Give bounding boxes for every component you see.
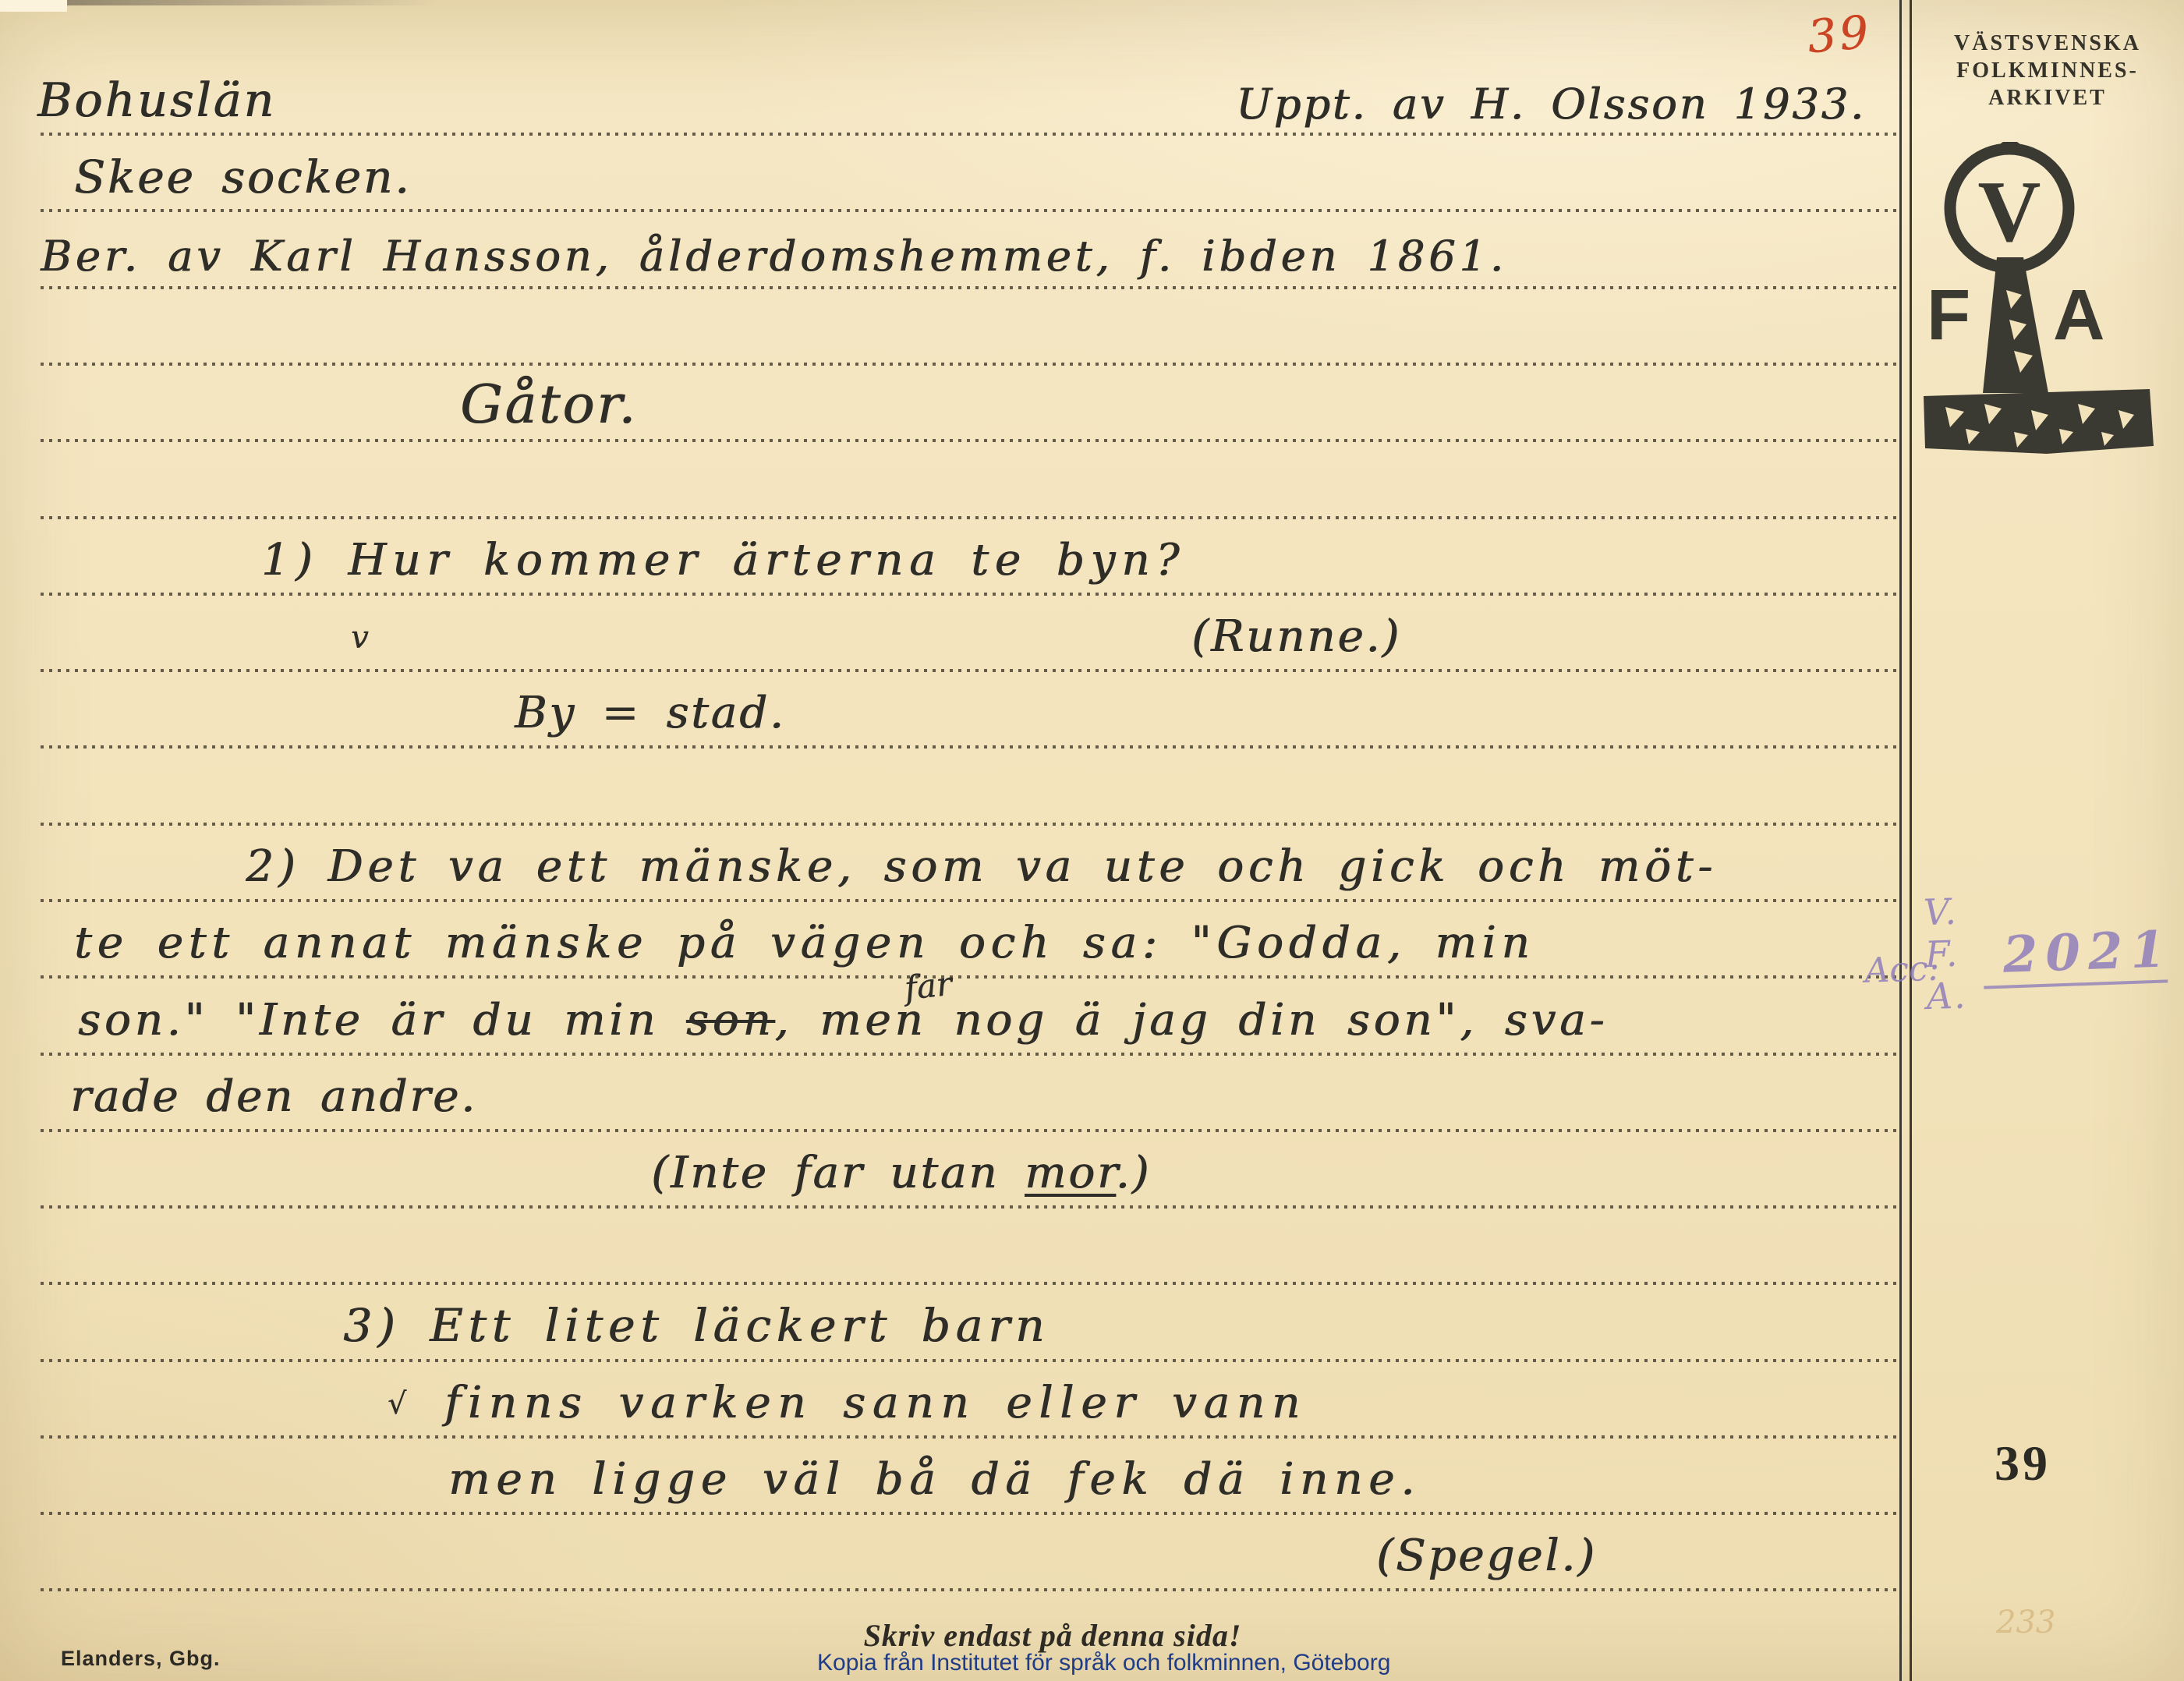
archive-masthead: VÄSTSVENSKA FOLKMINNES- ARKIVET <box>1912 30 2183 111</box>
riddle1-checkmark: v <box>351 620 369 656</box>
masthead-line2: FOLKMINNES- <box>1912 57 2183 84</box>
faint-pencil-mark: 233 <box>1996 1605 2055 1640</box>
footer-instruction: Skriv endast på denna sida! <box>803 1617 1302 1654</box>
ruled-line <box>41 669 1899 672</box>
scan-corner-artifact <box>0 0 67 12</box>
riddle2-line2: te ett annat mänske på vägen och sa: "Go… <box>74 919 1534 968</box>
ruled-line <box>41 1282 1899 1285</box>
ruled-line <box>41 286 1899 289</box>
riddle2-line3-before: son." "Inte är du min <box>78 995 686 1046</box>
riddle1-note: By = stad. <box>515 689 786 738</box>
ruled-line <box>41 1588 1899 1591</box>
ruled-line <box>41 823 1899 826</box>
ruled-line <box>41 1359 1899 1362</box>
footer-copy-notice: Kopia från Institutet för språk och folk… <box>817 1650 1390 1676</box>
riddle2-answer: (Inte far utan mor.) <box>651 1149 1151 1198</box>
ruled-line <box>41 1129 1899 1132</box>
riddle2-inserted-word: far <box>903 964 954 1007</box>
riddle3-line2: finns varken sann eller vann <box>444 1379 1307 1428</box>
informant-handwriting: Ber. av Karl Hansson, ålderdomshemmet, f… <box>41 233 1507 279</box>
riddle1-answer: (Runne.) <box>1191 613 1401 661</box>
riddle2-line1: 2) Det va ett mänske, som va ute och gic… <box>246 843 1717 891</box>
ruled-line <box>41 209 1899 212</box>
scanned-archive-card: 39 Bohuslän Uppt. av H. Olsson 1933. Ske… <box>0 0 2184 1681</box>
ruled-line <box>41 516 1899 519</box>
logo-letter-f: F <box>1927 275 1970 355</box>
riddle2-answer-before: (Inte far utan <box>651 1148 1025 1198</box>
logo-letter-a: A <box>2053 275 2104 355</box>
riddle2-answer-after: .) <box>1115 1148 1151 1198</box>
ruled-line <box>41 1053 1899 1056</box>
riddle2-line3: son." "Inte är du min son, men nog ä jag… <box>78 996 1608 1045</box>
riddle3-line1: 3) Ett litet läckert barn <box>343 1301 1050 1351</box>
margin-divider-line <box>1899 0 1902 1681</box>
riddle3-checkmark: √ <box>388 1386 406 1421</box>
margin-divider-line <box>1910 0 1912 1681</box>
ruled-line <box>41 133 1899 136</box>
ruled-line <box>41 1205 1899 1209</box>
riddle2-line3-after: , men nog ä jag din son", sva- <box>774 995 1608 1046</box>
printed-page-number: 39 <box>1995 1435 2051 1492</box>
riddle1-question: 1) Hur kommer ärterna te byn? <box>261 536 1185 585</box>
riddle3-answer: (Spegel.) <box>1376 1532 1597 1580</box>
section-title-handwriting: Gåtor. <box>460 377 638 435</box>
ruled-line <box>41 975 1899 979</box>
ruled-line <box>41 1512 1899 1515</box>
vfa-hammer-logo: V F A <box>1914 142 2172 489</box>
ruled-line <box>41 1435 1899 1439</box>
stamp-acc-label: Acc: <box>1864 949 1941 991</box>
attribution-handwriting: Uppt. av H. Olsson 1933. <box>1236 81 1866 127</box>
logo-letter-v: V <box>1978 164 2041 260</box>
riddle2-answer-underlined: mor <box>1025 1148 1115 1198</box>
parish-handwriting: Skee socken. <box>74 153 411 203</box>
footer-printer-imprint: Elanders, Gbg. <box>61 1647 221 1671</box>
handwritten-page-number-red: 39 <box>1805 5 1873 64</box>
ruled-line <box>41 899 1899 902</box>
ruled-line <box>41 363 1899 366</box>
ruled-line <box>41 439 1899 442</box>
riddle3-line3: men ligge väl bå dä fek dä inne. <box>448 1456 1421 1504</box>
stamp-acc-number: 2021 <box>2002 920 2175 985</box>
ruled-line <box>41 593 1899 596</box>
ruled-line <box>41 745 1899 748</box>
masthead-line1: VÄSTSVENSKA <box>1912 30 2183 57</box>
riddle2-struck-word: son <box>686 995 775 1046</box>
masthead-line3: ARKIVET <box>1912 84 2183 111</box>
riddle2-line4: rade den andre. <box>70 1073 477 1121</box>
province-handwriting: Bohuslän <box>37 75 276 126</box>
